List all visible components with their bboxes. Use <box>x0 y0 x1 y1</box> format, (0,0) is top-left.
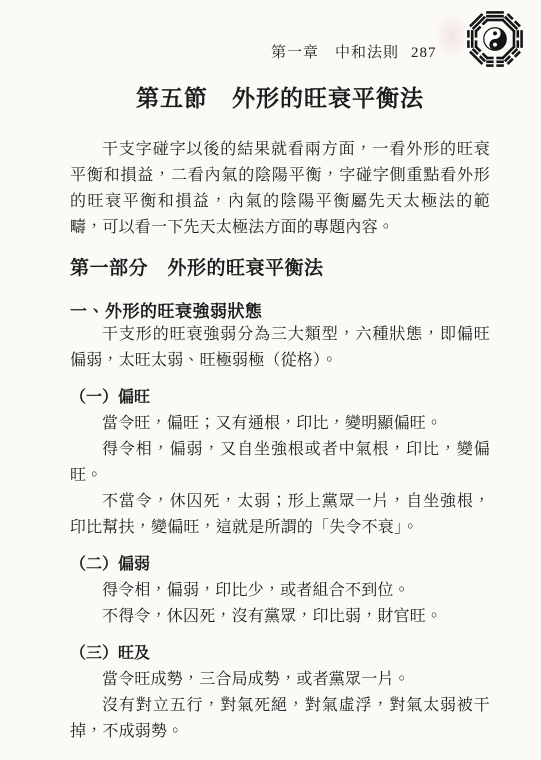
section-intro-paragraph: 干支形的旺衰強弱分為三大類型，六種狀態，即偏旺偏弱，太旺太弱、旺極弱極（從格）。 <box>70 322 490 374</box>
item-heading-1: （一）偏旺 <box>70 385 490 410</box>
book-page: 第一章中和法則287 <box>0 0 541 760</box>
item-1-paragraph: 得令相，偏弱，又自坐強根或者中氣根，印比，變偏旺。 <box>70 437 490 489</box>
item-heading-3: （三）旺及 <box>70 641 490 666</box>
intro-paragraph: 干支字碰字以後的結果就看兩方面，一看外形的旺衰平衡和損益，二看內氣的陰陽平衡，字… <box>70 137 490 241</box>
page-number: 287 <box>411 45 437 61</box>
item-heading-2: （二）偏弱 <box>70 552 490 577</box>
running-head-chapter-title: 中和法則 <box>335 45 399 61</box>
bagua-yinyang-svg <box>461 5 529 73</box>
running-head: 第一章中和法則287 <box>271 41 437 62</box>
subsection-heading: 一、外形的旺衰強弱狀態 <box>70 297 490 322</box>
part-heading: 第一部分 外形的旺衰平衡法 <box>70 253 490 280</box>
item-1-paragraph: 不當令，休囚死，太弱；形上黨眾一片，自坐強根，印比幫扶，變偏旺，這就是所謂的「失… <box>70 489 490 541</box>
item-2-paragraph: 得令相，偏弱，印比少，或者組合不到位。 <box>70 578 490 604</box>
section-title: 第五節 外形的旺衰平衡法 <box>70 80 490 113</box>
item-3-paragraph: 當令旺成勢，三合局成勢，或者黨眾一片。 <box>70 667 490 693</box>
item-1-paragraph: 當令旺，偏旺；又有通根，印比，變明顯偏旺。 <box>70 411 490 437</box>
running-head-chapter: 第一章 <box>271 45 319 61</box>
item-3-paragraph: 沒有對立五行，對氣死絕，對氣虛浮，對氣太弱被干掉，不成弱勢。 <box>70 693 490 745</box>
page-content: 第五節 外形的旺衰平衡法 干支字碰字以後的結果就看兩方面，一看外形的旺衰平衡和損… <box>70 80 490 745</box>
bagua-yinyang-icon <box>461 5 529 73</box>
item-2-paragraph: 不得令，休囚死，沒有黨眾，印比弱，財官旺。 <box>70 604 490 630</box>
